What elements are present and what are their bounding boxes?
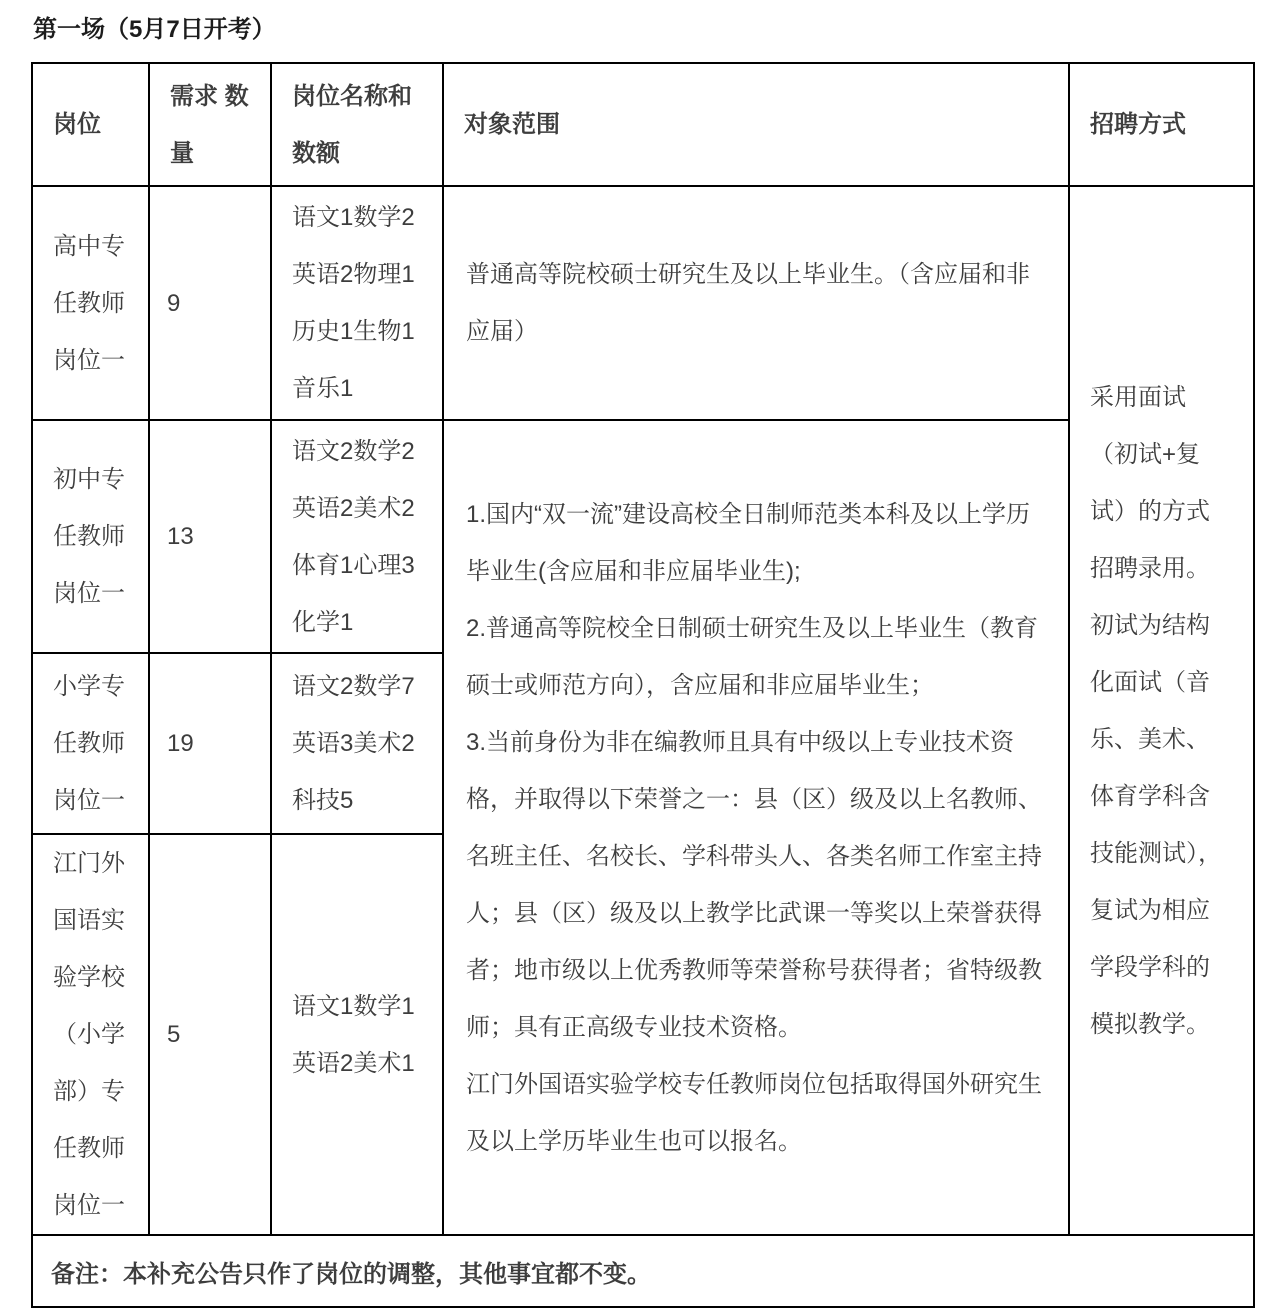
note-row: 备注：本补充公告只作了岗位的调整，其他事宜都不变。 [32,1235,1254,1307]
cell-demand-count: 13 [149,420,271,653]
announcement-document: 第一场（5月7日开考） 岗位 需求 数量 岗位名称和数额 对象范围 招聘方式 高… [0,0,1268,1308]
note-cell: 备注：本补充公告只作了岗位的调整，其他事宜都不变。 [32,1235,1254,1307]
scope-paragraph: 3.当前身份为非在编教师且具有中级以上专业技术资格，并取得以下荣誉之一：县（区）… [466,714,1046,1056]
cell-subjects: 语文2数学2英语2美术2体育1心理3化学1 [271,420,443,653]
cell-demand-count: 9 [149,186,271,420]
cell-demand-count: 19 [149,653,271,834]
cell-subjects: 语文2数学7英语3美术2科技5 [271,653,443,834]
cell-position: 小学专任教师岗位一 [32,653,149,834]
header-recruit-method: 招聘方式 [1069,63,1254,186]
cell-subjects: 语文1数学2英语2物理1历史1生物1音乐1 [271,186,443,420]
page-title: 第一场（5月7日开考） [33,12,1254,48]
cell-target-scope-merged: 1.国内“双一流”建设高校全日制师范类本科及以上学历毕业生(含应届和非应届毕业生… [443,420,1069,1235]
scope-paragraph: 2.普通高等院校全日制硕士研究生及以上毕业生（教育硕士或师范方向），含应届和非应… [466,600,1046,714]
recruitment-table: 岗位 需求 数量 岗位名称和数额 对象范围 招聘方式 高中专任教师岗位一 9 语… [31,62,1255,1308]
header-target-scope: 对象范围 [443,63,1069,186]
table-row: 高中专任教师岗位一 9 语文1数学2英语2物理1历史1生物1音乐1 普通高等院校… [32,186,1254,420]
cell-recruit-method: 采用面试（初试+复试）的方式招聘录用。初试为结构化面试（音乐、美术、体育学科含技… [1069,186,1254,1235]
scope-paragraph: 江门外国语实验学校专任教师岗位包括取得国外研究生及以上学历毕业生也可以报名。 [466,1056,1046,1170]
table-header-row: 岗位 需求 数量 岗位名称和数额 对象范围 招聘方式 [32,63,1254,186]
cell-position: 江门外国语实验学校（小学部）专任教师岗位一 [32,834,149,1235]
cell-position: 初中专任教师岗位一 [32,420,149,653]
header-position: 岗位 [32,63,149,186]
cell-target-scope: 普通高等院校硕士研究生及以上毕业生。（含应届和非应届） [443,186,1069,420]
cell-subjects: 语文1数学1英语2美术1 [271,834,443,1235]
cell-position: 高中专任教师岗位一 [32,186,149,420]
header-post-name-quota: 岗位名称和数额 [271,63,443,186]
cell-demand-count: 5 [149,834,271,1235]
scope-paragraph: 1.国内“双一流”建设高校全日制师范类本科及以上学历毕业生(含应届和非应届毕业生… [466,486,1046,600]
header-demand-count: 需求 数量 [149,63,271,186]
